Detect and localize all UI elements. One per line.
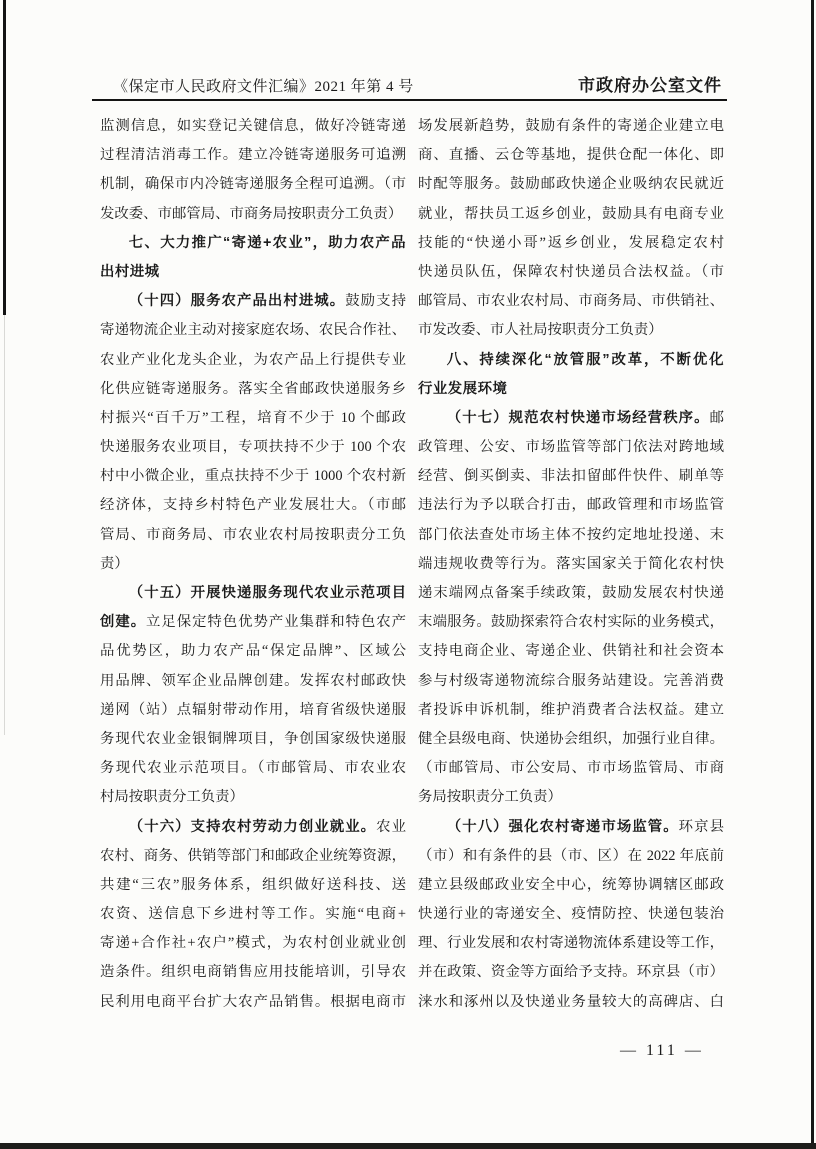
text-line: 技能的“快递小哥”返乡创业，发展稳定农村	[418, 229, 724, 258]
text-line: （十六）支持农村劳动力创业就业。农业	[100, 813, 406, 842]
text-line: 村振兴“百千万”工程，培育不少于 10 个邮政	[100, 404, 406, 433]
text-line: 递网（站）点辐射带动作用，培育省级快递服	[100, 696, 406, 725]
body-text: 务局按职责分工负责）	[418, 789, 562, 805]
text-line: 过程清洁消毒工作。建立冷链寄递服务可追溯	[100, 141, 406, 170]
text-line: 务局按职责分工负责）	[418, 783, 724, 812]
text-column-left: 监测信息，如实登记关键信息，做好冷链寄递过程清洁消毒工作。建立冷链寄递服务可追溯…	[100, 112, 406, 1017]
scan-artifact-bottom-edge	[0, 1143, 816, 1149]
text-line: 快递服务农业项目，专项扶持不少于 100 个农	[100, 433, 406, 462]
text-line: 村局按职责分工负责）	[100, 783, 406, 812]
text-line: 品优势区，助力农产品“保定品牌”、区域公	[100, 637, 406, 666]
text-line: 经济体，支持乡村特色产业发展壮大。（市邮	[100, 491, 406, 520]
text-line: 共建“三农”服务体系，组织做好送科技、送	[100, 871, 406, 900]
document-page: 《保定市人民政府文件汇编》2021 年第 4 号 市政府办公室文件 监测信息，如…	[0, 0, 816, 1149]
text-line: 支持电商企业、寄递企业、供销社和社会资本	[418, 637, 724, 666]
text-line: 农业产业化龙头企业，为农产品上行提供专业	[100, 346, 406, 375]
item-heading-lead: （十七）规范农村快递市场经营秩序。	[447, 410, 710, 426]
body-text: 快递服务农业项目，专项扶持不少于 100 个农	[100, 439, 406, 455]
text-line: 参与村级寄递物流综合服务站建设。完善消费	[418, 667, 724, 696]
body-text: （市邮管局、市公安局、市市场监管局、市商	[418, 760, 724, 776]
text-line: 商、直播、云仓等基地，提供仓配一体化、即	[418, 141, 724, 170]
body-text: 参与村级寄递物流综合服务站建设。完善消费	[418, 673, 724, 689]
body-text: 建立县级邮政业安全中心，统筹协调辖区邮政	[418, 877, 724, 893]
body-text: 管局、市商务局、市农业农村局按职责分工负	[100, 527, 406, 543]
header-rule	[92, 99, 727, 101]
item-heading-lead: （十六）支持农村劳动力创业就业。	[129, 819, 376, 835]
text-line: 建立县级邮政业安全中心，统筹协调辖区邮政	[418, 871, 724, 900]
item-heading-lead: （十四）服务农产品出村进城。	[129, 293, 345, 309]
text-line: 经营、倒买倒卖、非法扣留邮件快件、刷单等	[418, 462, 724, 491]
text-line: 化供应链寄递服务。落实全省邮政快递服务乡	[100, 375, 406, 404]
body-text: 环京县	[679, 819, 724, 835]
body-text: 违法行为予以联合打击，邮政管理和市场监管	[418, 497, 724, 513]
item-heading-lead: （十八）强化农村寄递市场监管。	[447, 819, 679, 835]
body-text: 机制，确保市内冷链寄递服务全程可追溯。（市	[100, 176, 406, 192]
text-line: 发改委、市邮管局、市商务局按职责分工负责）	[100, 200, 406, 229]
body-text: 寄递+合作社+农户”模式，为农村创业就业创	[100, 935, 406, 951]
body-text: 寄递物流企业主动对接家庭农场、农民合作社、	[100, 322, 406, 338]
body-text: 监测信息，如实登记关键信息，做好冷链寄递	[100, 118, 406, 134]
body-text: 递网（站）点辐射带动作用，培育省级快递服	[100, 702, 406, 718]
section-heading-line: 行业发展环境	[418, 375, 724, 404]
body-text: 快递行业的寄递安全、疫情防控、快递包装治	[418, 906, 724, 922]
body-text: 端违规收费等行为。落实国家关于简化农村快	[418, 556, 724, 572]
body-text: 发改委、市邮管局、市商务局按职责分工负责）	[100, 206, 402, 222]
text-line: （市）和有条件的县（市、区）在 2022 年底前	[418, 842, 724, 871]
text-line: （十五）开展快递服务现代农业示范项目	[100, 579, 406, 608]
text-line: 快递行业的寄递安全、疫情防控、快递包装治	[418, 900, 724, 929]
body-text: 政管理、公安、市场监管等部门依法对跨地域	[418, 439, 724, 455]
body-text: 民利用电商平台扩大农产品销售。根据电商市	[100, 994, 406, 1010]
body-text: 务现代农业示范项目。（市邮管局、市农业农	[100, 760, 406, 776]
text-line: 邮管局、市农业农村局、市商务局、市供销社、	[418, 287, 724, 316]
body-text: 市发改委、市人社局按职责分工负责）	[418, 322, 663, 338]
text-line: 并在政策、资金等方面给予支持。环京县（市）	[418, 958, 724, 987]
body-text: 支持电商企业、寄递企业、供销社和社会资本	[418, 643, 724, 659]
text-line: 寄递物流企业主动对接家庭农场、农民合作社、	[100, 316, 406, 345]
scan-artifact-left-edge	[3, 0, 6, 315]
body-text: 经济体，支持乡村特色产业发展壮大。（市邮	[100, 497, 406, 513]
text-line: 管局、市商务局、市农业农村局按职责分工负	[100, 521, 406, 550]
text-line: 场发展新趋势，鼓励有条件的寄递企业建立电	[418, 112, 724, 141]
body-text: 共建“三农”服务体系，组织做好送科技、送	[100, 877, 406, 893]
text-line: 民利用电商平台扩大农产品销售。根据电商市	[100, 988, 406, 1017]
body-text: 责）	[100, 556, 129, 572]
text-line: 健全县级电商、快递协会组织，加强行业自律。	[418, 725, 724, 754]
body-text: 理、行业发展和农村寄递物流体系建设等工作，	[418, 935, 724, 951]
body-text: 场发展新趋势，鼓励有条件的寄递企业建立电	[418, 118, 724, 134]
scan-artifact-left-edge-faint	[4, 315, 5, 735]
body-text: 部门依法查处市场主体不按约定地址投递、末	[418, 527, 724, 543]
text-line: 市发改委、市人社局按职责分工负责）	[418, 316, 724, 345]
body-text: 技能的“快递小哥”返乡创业，发展稳定农村	[418, 235, 724, 251]
text-line: 递末端网点备案手续政策，鼓励发展农村快递	[418, 579, 724, 608]
body-text: 末端服务。鼓励探索符合农村实际的业务模式，	[418, 614, 724, 630]
text-line: 端违规收费等行为。落实国家关于简化农村快	[418, 550, 724, 579]
item-heading-lead: 创建。	[100, 614, 146, 630]
text-line: 快递员队伍，保障农村快递员合法权益。（市	[418, 258, 724, 287]
section-heading-line: 七、大力推广“寄递+农业”，助力农产品	[100, 229, 406, 258]
text-line: 时配等服务。鼓励邮政快递企业吸纳农民就近	[418, 170, 724, 199]
body-text: 造条件。组织电商销售应用技能培训，引导农	[100, 964, 406, 980]
text-line: 监测信息，如实登记关键信息，做好冷链寄递	[100, 112, 406, 141]
body-text: 农资、送信息下乡进村等工作。实施“电商+	[100, 906, 406, 922]
body-text: 村中小微企业，重点扶持不少于 1000 个农村新	[100, 468, 406, 484]
body-text: 村振兴“百千万”工程，培育不少于 10 个邮政	[100, 410, 406, 426]
text-line: 用品牌、领军企业品牌创建。发挥农村邮政快	[100, 667, 406, 696]
body-text: 过程清洁消毒工作。建立冷链寄递服务可追溯	[100, 147, 406, 163]
text-line: （十四）服务农产品出村进城。鼓励支持	[100, 287, 406, 316]
text-line: 违法行为予以联合打击，邮政管理和市场监管	[418, 491, 724, 520]
text-line: 理、行业发展和农村寄递物流体系建设等工作，	[418, 929, 724, 958]
text-line: 农资、送信息下乡进村等工作。实施“电商+	[100, 900, 406, 929]
body-text: 时配等服务。鼓励邮政快递企业吸纳农民就近	[418, 176, 724, 192]
body-text: 农业产业化龙头企业，为农产品上行提供专业	[100, 352, 406, 368]
body-text: 邮	[710, 410, 724, 426]
text-line: （市邮管局、市公安局、市市场监管局、市商	[418, 754, 724, 783]
text-line: 责）	[100, 550, 406, 579]
section-heading-line: 出村进城	[100, 258, 406, 287]
text-line: 务现代农业金银铜牌项目，争创国家级快递服	[100, 725, 406, 754]
body-text: 农村、商务、供销等部门和邮政企业统筹资源，	[100, 848, 406, 864]
body-text: 就业，帮扶员工返乡创业，鼓励具有电商专业	[418, 206, 724, 222]
body-text: 鼓励支持	[345, 293, 406, 309]
text-line: 农村、商务、供销等部门和邮政企业统筹资源，	[100, 842, 406, 871]
body-text: 立足保定特色优势产业集群和特色农产	[146, 614, 406, 630]
body-text: 村局按职责分工负责）	[100, 789, 244, 805]
body-text: （市）和有条件的县（市、区）在 2022 年底前	[418, 848, 724, 864]
text-columns: 监测信息，如实登记关键信息，做好冷链寄递过程清洁消毒工作。建立冷链寄递服务可追溯…	[100, 112, 724, 1017]
text-line: 末端服务。鼓励探索符合农村实际的业务模式，	[418, 608, 724, 637]
item-heading-lead: （十五）开展快递服务现代农业示范项目	[129, 585, 406, 601]
body-text: 经营、倒买倒卖、非法扣留邮件快件、刷单等	[418, 468, 724, 484]
body-text: 健全县级电商、快递协会组织，加强行业自律。	[418, 731, 724, 747]
text-line: 村中小微企业，重点扶持不少于 1000 个农村新	[100, 462, 406, 491]
body-text: 化供应链寄递服务。落实全省邮政快递服务乡	[100, 381, 406, 397]
body-text: 品优势区，助力农产品“保定品牌”、区域公	[100, 643, 406, 659]
text-line: 机制，确保市内冷链寄递服务全程可追溯。（市	[100, 170, 406, 199]
compilation-title: 《保定市人民政府文件汇编》2021 年第 4 号	[113, 79, 414, 96]
text-line: （十七）规范农村快递市场经营秩序。邮	[418, 404, 724, 433]
text-line: 造条件。组织电商销售应用技能培训，引导农	[100, 958, 406, 987]
body-text: 者投诉申诉机制，维护消费者合法权益。建立	[418, 702, 724, 718]
body-text: 用品牌、领军企业品牌创建。发挥农村邮政快	[100, 673, 406, 689]
section-heading-line: 八、持续深化“放管服”改革，不断优化	[418, 346, 724, 375]
text-line: 者投诉申诉机制，维护消费者合法权益。建立	[418, 696, 724, 725]
text-line: 部门依法查处市场主体不按约定地址投递、末	[418, 521, 724, 550]
text-line: 寄递+合作社+农户”模式，为农村创业就业创	[100, 929, 406, 958]
text-line: （十八）强化农村寄递市场监管。环京县	[418, 813, 724, 842]
body-text: 邮管局、市农业农村局、市商务局、市供销社、	[418, 293, 724, 309]
document-category-label: 市政府办公室文件	[578, 76, 722, 95]
scan-artifact-right-edge	[811, 0, 814, 1149]
body-text: 涞水和涿州以及快递业务量较大的高碑店、白	[418, 994, 724, 1010]
body-text: 农业	[376, 819, 406, 835]
body-text: 并在政策、资金等方面给予支持。环京县（市）	[418, 964, 724, 980]
body-text: 快递员队伍，保障农村快递员合法权益。（市	[418, 264, 724, 280]
text-line: 涞水和涿州以及快递业务量较大的高碑店、白	[418, 988, 724, 1017]
page-number: — 111 —	[620, 1041, 704, 1061]
body-text: 商、直播、云仓等基地，提供仓配一体化、即	[418, 147, 724, 163]
text-line: 就业，帮扶员工返乡创业，鼓励具有电商专业	[418, 200, 724, 229]
text-column-right: 场发展新趋势，鼓励有条件的寄递企业建立电商、直播、云仓等基地，提供仓配一体化、即…	[418, 112, 724, 1017]
text-line: 创建。立足保定特色优势产业集群和特色农产	[100, 608, 406, 637]
text-line: 务现代农业示范项目。（市邮管局、市农业农	[100, 754, 406, 783]
text-line: 政管理、公安、市场监管等部门依法对跨地域	[418, 433, 724, 462]
body-text: 递末端网点备案手续政策，鼓励发展农村快递	[418, 585, 724, 601]
body-text: 务现代农业金银铜牌项目，争创国家级快递服	[100, 731, 406, 747]
